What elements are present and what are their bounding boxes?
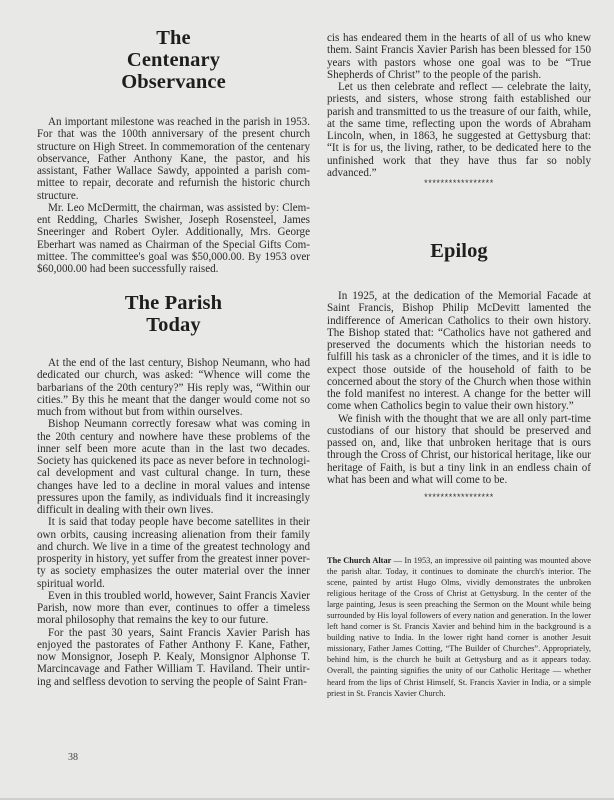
heading-epilog: Epilog: [327, 240, 591, 262]
caption-label: The Church Altar: [327, 556, 391, 565]
caption-dash: —: [391, 556, 404, 565]
paragraph: In 1925, at the dedication of the Memori…: [327, 290, 591, 413]
separator-stars: *****************: [327, 178, 591, 188]
heading-line: Today: [37, 314, 310, 336]
paragraph: At the end of the last century, Bishop N…: [37, 357, 310, 418]
paragraph: Let us then celebrate and reflect — cele…: [327, 81, 591, 179]
heading-line: Centenary: [37, 49, 310, 71]
section-parish-today: The Parish Today: [37, 292, 310, 336]
section-centenary-observance: The Centenary Observance: [37, 27, 310, 93]
heading-line: Observance: [37, 71, 310, 93]
paragraph-continuation: cis has endeared them in the hearts of a…: [327, 32, 591, 81]
paragraph: For the past 30 years, Saint Francis Xav…: [37, 627, 310, 688]
paragraph: Bishop Neumann correctly foresaw what wa…: [37, 418, 310, 516]
paragraph: Mr. Leo McDermitt, the chairman, was ass…: [37, 202, 310, 276]
heading-parish-today: The Parish Today: [37, 292, 310, 336]
photo-caption: The Church Altar — In 1953, an impressiv…: [327, 555, 591, 699]
caption-text: In 1953, an impressive oil painting was …: [327, 556, 591, 698]
heading-line: The Parish: [37, 292, 310, 314]
paragraph: It is said that today people have become…: [37, 516, 310, 590]
heading-line: The: [37, 27, 310, 49]
page-number: 38: [68, 752, 78, 763]
paragraph: Even in this troubled world, however, Sa…: [37, 590, 310, 627]
paragraph: We finish with the thought that we are a…: [327, 413, 591, 487]
heading-centenary-observance: The Centenary Observance: [37, 27, 310, 93]
paragraph: An important milestone was reached in th…: [37, 116, 310, 202]
separator-stars: *****************: [327, 492, 591, 502]
